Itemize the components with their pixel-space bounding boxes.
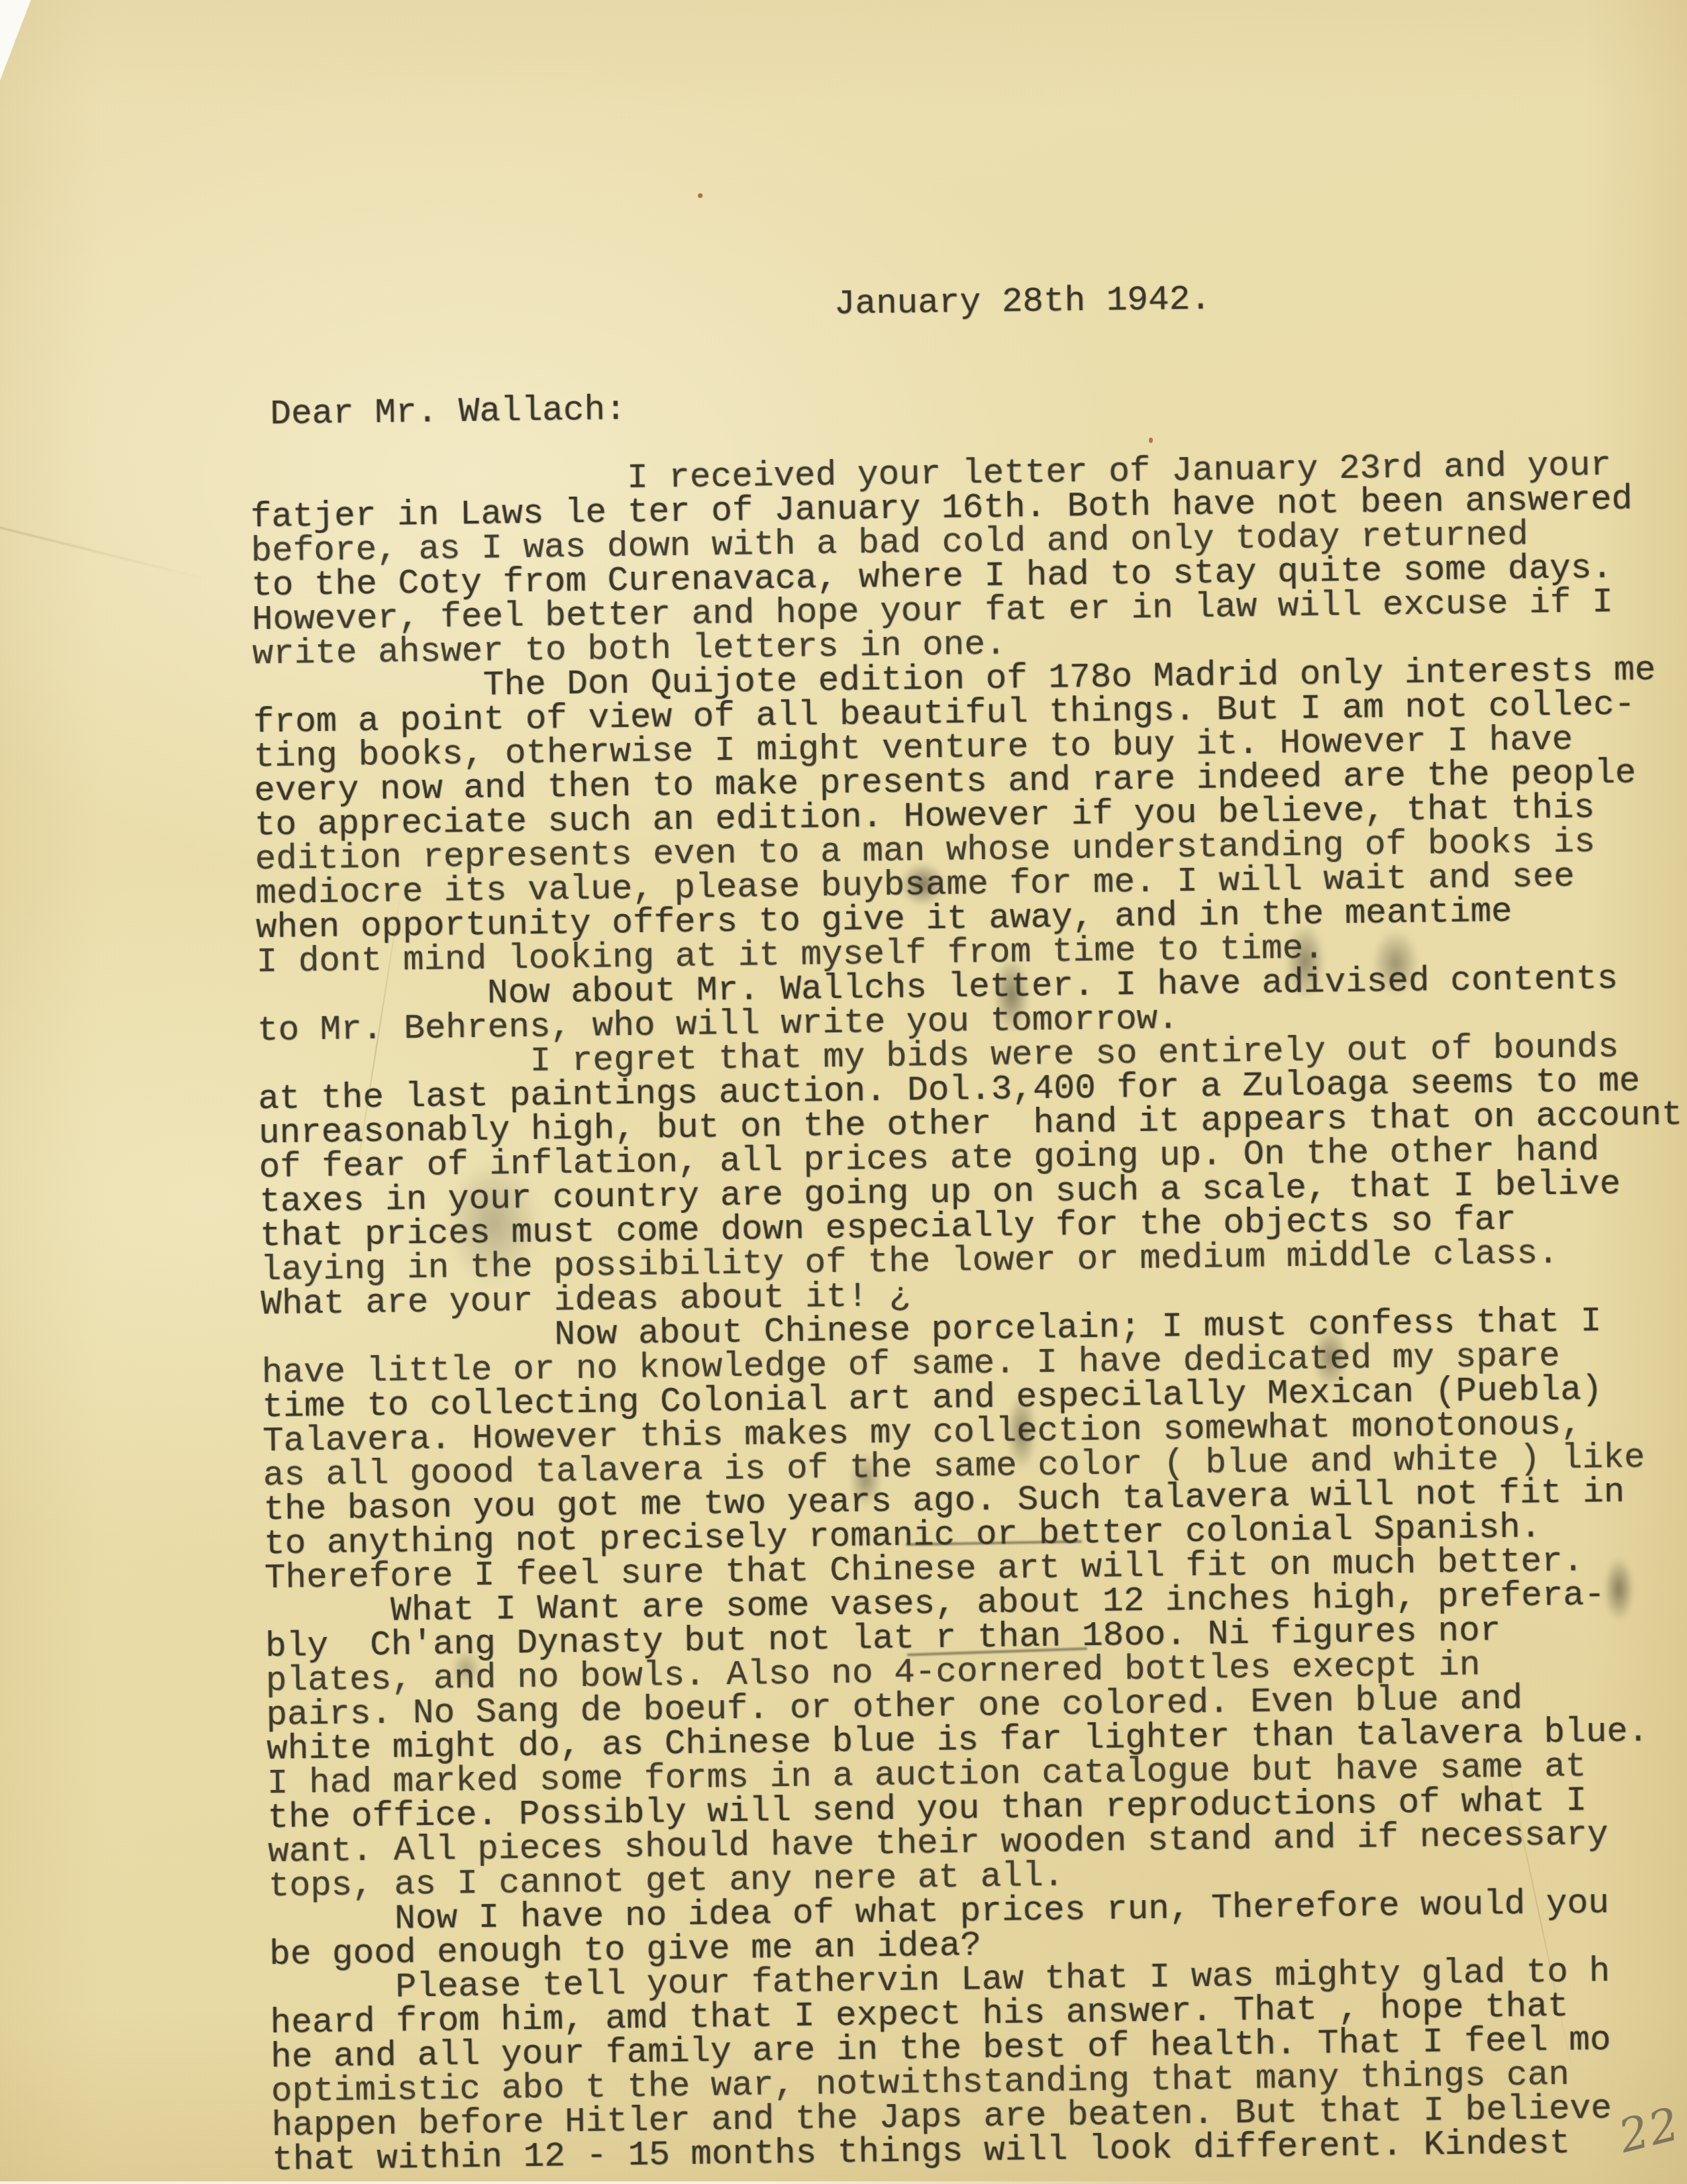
paper-speck bbox=[698, 193, 703, 198]
typewritten-text-block: January 28th 1942. Dear Mr. Wallach: I r… bbox=[244, 37, 1664, 2177]
date-line: January 28th 1942. bbox=[248, 277, 1640, 329]
scan-edge-corner bbox=[0, 0, 31, 81]
paper-speck bbox=[1149, 438, 1153, 443]
ink-smudge bbox=[1604, 1557, 1634, 1621]
paper-crease bbox=[0, 521, 211, 581]
ink-smudge bbox=[849, 1453, 882, 1507]
scan-edge-bottom bbox=[0, 2181, 1687, 2184]
letter-body: I received your letter of January 23rd a… bbox=[250, 448, 1664, 2177]
finger-smudge bbox=[446, 1161, 540, 1285]
ink-smudge bbox=[1372, 930, 1419, 997]
letter-page: January 28th 1942. Dear Mr. Wallach: I r… bbox=[0, 0, 1687, 2184]
ink-smudge bbox=[1007, 1393, 1037, 1470]
ink-smudge bbox=[1312, 1326, 1349, 1389]
ink-smudge bbox=[451, 1650, 481, 1687]
salutation: Dear Mr. Wallach: bbox=[249, 379, 1641, 432]
ink-smudge bbox=[993, 956, 1030, 1034]
ink-smudge bbox=[1285, 923, 1325, 1000]
ink-smudge bbox=[899, 862, 946, 906]
